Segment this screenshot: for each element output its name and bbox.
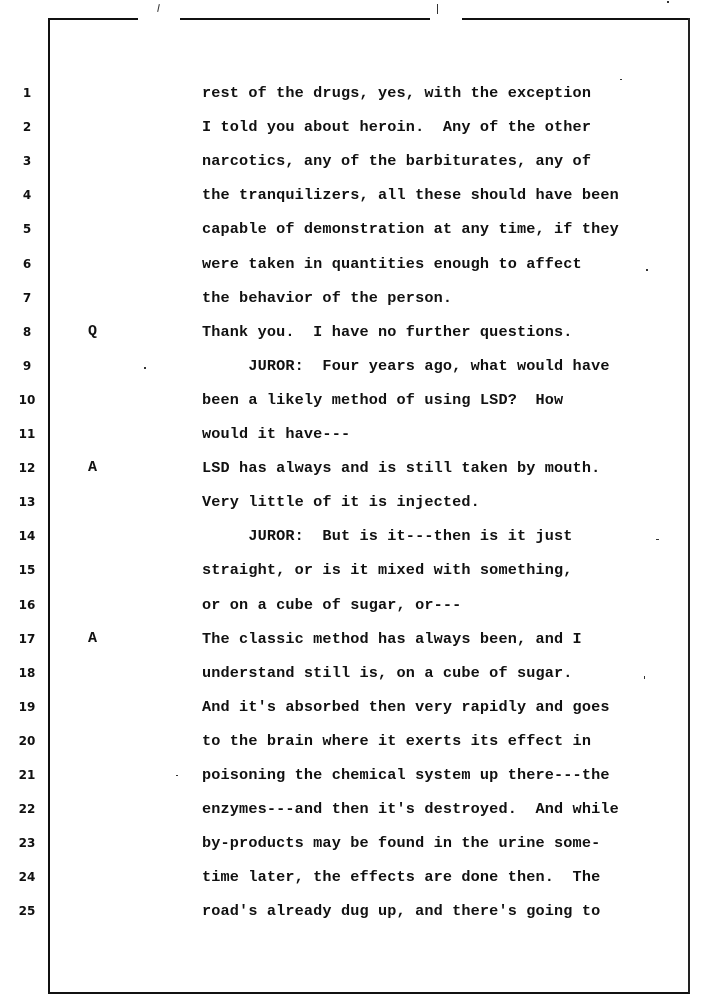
- transcript-line: the tranquilizers, all these should have…: [202, 186, 619, 204]
- line-number: 7: [14, 291, 40, 305]
- line-number: 9: [14, 359, 40, 373]
- scan-mark: [656, 539, 659, 540]
- transcript-line: would it have---: [202, 425, 350, 443]
- line-number: 6: [14, 257, 40, 271]
- line-number: 12: [14, 461, 40, 475]
- transcript-line: time later, the effects are done then. T…: [202, 868, 600, 886]
- line-number: 24: [14, 870, 40, 884]
- transcript-line: were taken in quantities enough to affec…: [202, 255, 582, 273]
- transcript-line: the behavior of the person.: [202, 289, 452, 307]
- transcript-line: Thank you. I have no further questions.: [202, 323, 573, 341]
- speaker-marker: Q: [88, 323, 97, 340]
- scan-mark: [437, 4, 438, 14]
- scan-mark: [620, 79, 622, 80]
- transcript-line: by-products may be found in the urine so…: [202, 834, 600, 852]
- line-number: 22: [14, 802, 40, 816]
- transcript-line: narcotics, any of the barbiturates, any …: [202, 152, 591, 170]
- line-number: 5: [14, 222, 40, 236]
- scan-mark: [667, 1, 669, 3]
- transcript-line: or on a cube of sugar, or---: [202, 596, 461, 614]
- transcript-line: enzymes---and then it's destroyed. And w…: [202, 800, 619, 818]
- transcript-line: rest of the drugs, yes, with the excepti…: [202, 84, 591, 102]
- transcript-line: to the brain where it exerts its effect …: [202, 732, 591, 750]
- transcript-line: poisoning the chemical system up there--…: [202, 766, 610, 784]
- line-number: 2: [14, 120, 40, 134]
- transcript-line: road's already dug up, and there's going…: [202, 902, 600, 920]
- line-number: 25: [14, 904, 40, 918]
- scan-mark: [644, 676, 645, 679]
- transcript-line: And it's absorbed then very rapidly and …: [202, 698, 610, 716]
- transcript-line: understand still is, on a cube of sugar.: [202, 664, 573, 682]
- line-number: 8: [14, 325, 40, 339]
- scan-mark: [176, 775, 178, 776]
- scan-mark: [646, 269, 648, 271]
- speaker-marker: A: [88, 459, 97, 476]
- speaker-marker: A: [88, 630, 97, 647]
- line-number: 23: [14, 836, 40, 850]
- transcript-line: I told you about heroin. Any of the othe…: [202, 118, 591, 136]
- line-number: 1: [14, 86, 40, 100]
- scan-mark: [144, 367, 146, 369]
- line-number: 20: [14, 734, 40, 748]
- line-number: 18: [14, 666, 40, 680]
- line-number: 10: [14, 393, 40, 407]
- transcript-line: LSD has always and is still taken by mou…: [202, 459, 600, 477]
- transcript-line: JUROR: But is it---then is it just: [202, 527, 573, 545]
- scan-mark: [157, 4, 160, 12]
- line-number: 15: [14, 563, 40, 577]
- line-number: 13: [14, 495, 40, 509]
- line-number: 4: [14, 188, 40, 202]
- line-number: 14: [14, 529, 40, 543]
- transcript-page: 1rest of the drugs, yes, with the except…: [0, 0, 720, 1007]
- transcript-line: straight, or is it mixed with something,: [202, 561, 573, 579]
- transcript-line: The classic method has always been, and …: [202, 630, 582, 648]
- transcript-line: JUROR: Four years ago, what would have: [202, 357, 610, 375]
- line-number: 11: [14, 427, 40, 441]
- transcript-line: been a likely method of using LSD? How: [202, 391, 563, 409]
- line-number: 19: [14, 700, 40, 714]
- transcript-line: capable of demonstration at any time, if…: [202, 220, 619, 238]
- line-number: 21: [14, 768, 40, 782]
- line-number: 3: [14, 154, 40, 168]
- line-number: 17: [14, 632, 40, 646]
- transcript-line: Very little of it is injected.: [202, 493, 480, 511]
- line-number: 16: [14, 598, 40, 612]
